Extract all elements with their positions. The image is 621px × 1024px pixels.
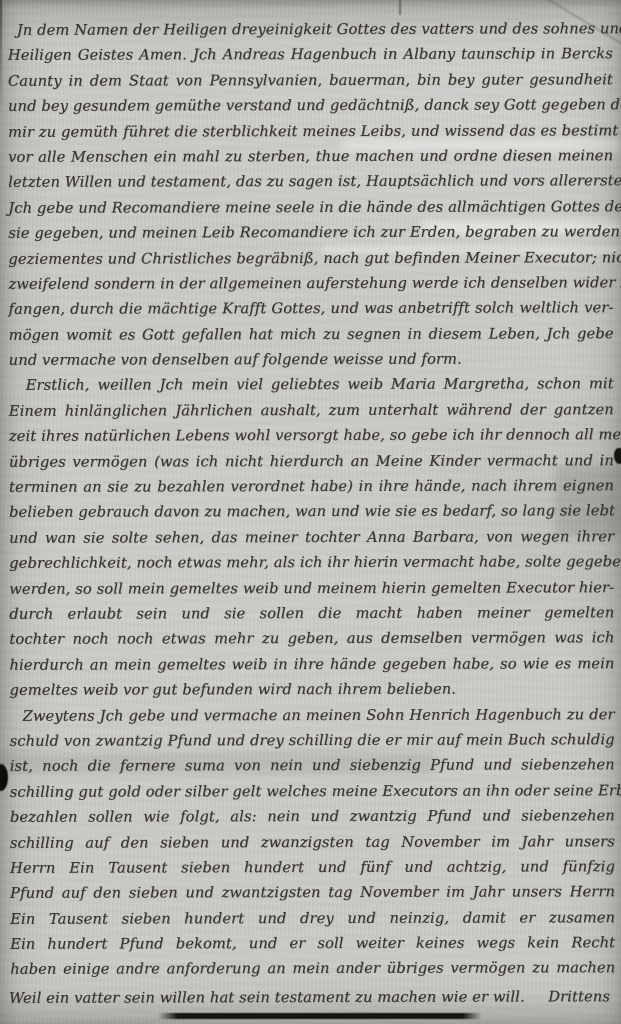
- manuscript-line: Jn dem Namen der Heiligen dreyeinigkeit …: [8, 16, 613, 43]
- manuscript-line: mir zu gemüth führet die sterblichkeit m…: [8, 118, 613, 145]
- manuscript-line: Jch gebe und Recomandiere meine seele in…: [8, 194, 613, 221]
- manuscript-line: Ein hundert Pfund bekomt, und er soll we…: [10, 930, 615, 957]
- manuscript-page: Jn dem Namen der Heiligen dreyeinigkeit …: [0, 0, 621, 1024]
- manuscript-line: sie gegeben, und meinen Leib Recomandier…: [8, 219, 613, 246]
- paper-crease: [399, 0, 401, 15]
- scan-edge-line: [0, 0, 2, 116]
- manuscript-line: letzten Willen und testament, das zu sag…: [8, 169, 613, 196]
- manuscript-line: und vermache von denselben auf folgende …: [9, 346, 614, 373]
- manuscript-line: Caunty in dem Staat von Pennsylvanien, b…: [8, 67, 613, 94]
- manuscript-line: terminen an sie zu bezahlen verordnet ha…: [9, 473, 614, 500]
- manuscript-line: fangen, durch die mächtige Krafft Gottes…: [8, 296, 613, 323]
- manuscript-line: schilling auf den sieben und zwanzigsten…: [10, 829, 615, 856]
- manuscript-line: mögen womit es Gott gefallen hat mich zu…: [9, 321, 614, 348]
- fold-shadow: [0, 0, 621, 10]
- manuscript-line: zeit ihres natürlichen Lebens wohl verso…: [9, 422, 614, 449]
- manuscript-line: vor alle Menschen ein mahl zu sterben, t…: [8, 143, 613, 170]
- manuscript-line: haben einige andre anforderung an mein a…: [10, 956, 615, 983]
- manuscript-line: Ein Tausent sieben hundert und drey und …: [10, 905, 615, 932]
- manuscript-text: Jn dem Namen der Heiligen dreyeinigkeit …: [8, 16, 616, 982]
- manuscript-line: bezahlen sollen wie folgt, als: nein und…: [10, 803, 615, 830]
- manuscript-line: Erstlich, weillen Jch mein viel geliebte…: [9, 372, 614, 399]
- catchword: Drittens: [548, 984, 614, 1010]
- manuscript-line: und bey gesundem gemüthe verstand und ge…: [8, 92, 613, 119]
- manuscript-line: tochter noch noch etwas mehr zu geben, a…: [9, 626, 614, 653]
- manuscript-line: schuld von zwantzig Pfund und drey schil…: [10, 727, 615, 754]
- manuscript-line: gemeltes weib vor gut befunden wird nach…: [9, 676, 614, 703]
- ink-blot: [614, 448, 621, 464]
- manuscript-line-text: Weil ein vatter sein willen hat sein tes…: [9, 984, 525, 1011]
- manuscript-line: Herrn Ein Tausent sieben hundert und fün…: [10, 854, 615, 881]
- manuscript-line: Einem hinlänglichen Jährlichen aushalt, …: [9, 397, 614, 424]
- manuscript-line: geziementes und Christliches begräbniß, …: [8, 245, 613, 272]
- manuscript-line: zweifelend sondern in der allgemeinen au…: [8, 270, 613, 297]
- manuscript-line: und wan sie solte sehen, das meiner toch…: [9, 524, 614, 551]
- manuscript-line: Zweytens Jch gebe und vermache an meinen…: [10, 702, 615, 729]
- manuscript-line: Weil ein vatter sein willen hat sein tes…: [9, 984, 614, 1011]
- manuscript-line: übriges vermögen (was ich nicht hierdurc…: [9, 448, 614, 475]
- manuscript-line: werden, so soll mein gemeltes weib und m…: [9, 575, 614, 602]
- manuscript-last-row: Weil ein vatter sein willen hat sein tes…: [9, 984, 614, 1011]
- manuscript-line: gebrechlichkeit, noch etwas mehr, als ic…: [9, 549, 614, 576]
- manuscript-line: schilling gut gold oder silber gelt welc…: [10, 778, 615, 805]
- manuscript-line: Heiligen Geistes Amen. Jch Andreas Hagen…: [8, 42, 613, 69]
- manuscript-line: durch erlaubt sein und sie sollen die ma…: [9, 600, 614, 627]
- manuscript-line: hierdurch an mein gemeltes weib in ihre …: [9, 651, 614, 678]
- manuscript-line: belieben gebrauch davon zu machen, wan u…: [9, 499, 614, 526]
- manuscript-line: Pfund auf den sieben und zwantzigsten ta…: [10, 879, 615, 906]
- manuscript-line: ist, noch die fernere suma von nein und …: [10, 753, 615, 780]
- scan-edge-strip: [158, 1013, 482, 1019]
